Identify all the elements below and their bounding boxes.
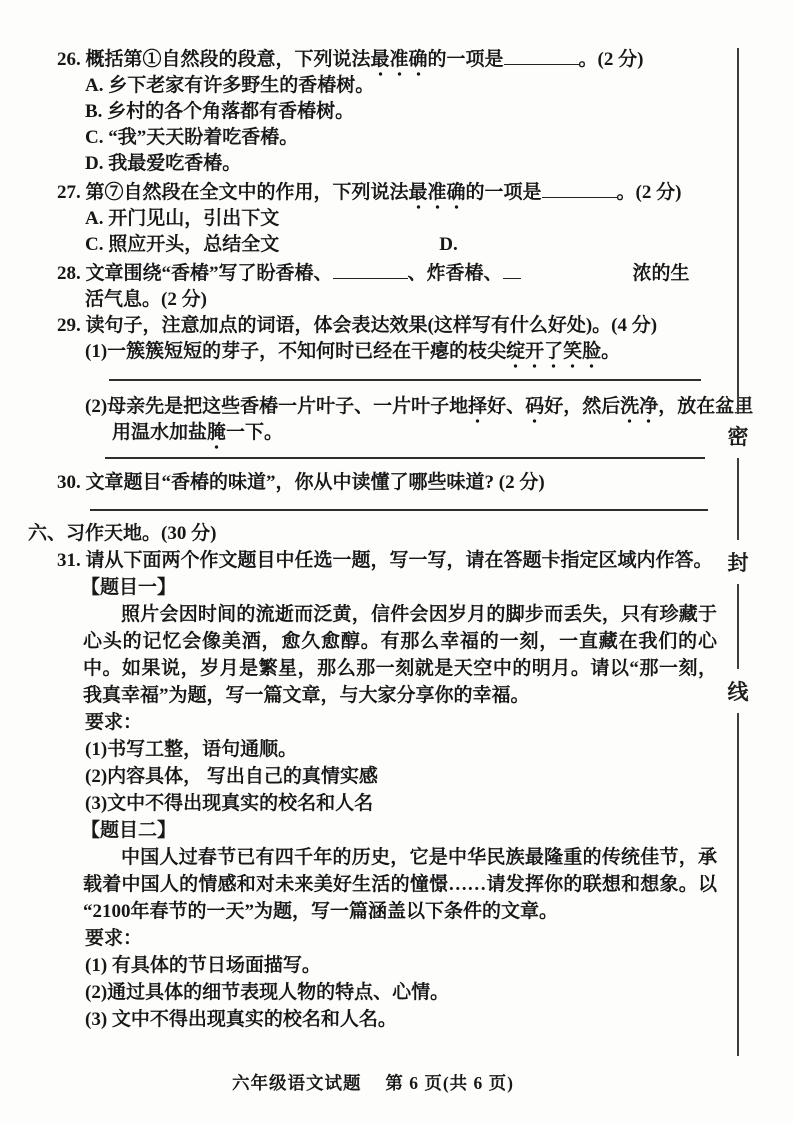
text-run: D. (439, 234, 457, 255)
emphasized-text: 最准确 (409, 182, 466, 209)
text-run: 28. 文章围绕“香椿”写了盼香椿、 (57, 263, 333, 284)
topic-2-requirement-3: (3) 文中不得出现真实的校名和人名。 (85, 1006, 717, 1033)
text-run: (2)母亲先是把这些香椿一片叶子、一片叶子地 (85, 396, 468, 417)
spacer (279, 249, 439, 250)
answer-line (105, 457, 705, 459)
q29-item-1: (1)一簇簇短短的芽子，不知何时已经在干瘪的枝尖绽开了笑脸。 (85, 339, 717, 365)
text-run: 浓的生 (633, 263, 690, 284)
answer-blank (503, 258, 521, 279)
topic-2-paragraph: 中国人过春节已有四千年的历史，它是中华民族最隆重的传统佳节，承载着中国人的情感和… (83, 844, 717, 925)
topic-2-requirements-label: 要求： (85, 925, 717, 952)
spacer (521, 278, 633, 279)
text-run: 。(2 分) (579, 49, 644, 70)
page-footer: 六年级语文试题 第 6 页(共 6 页) (28, 1070, 718, 1095)
text-run: C. “我”天天盼着吃香椿。 (85, 127, 298, 148)
text-run: 好，然后 (544, 396, 620, 417)
text-run: 、炸香椿、 (408, 263, 503, 284)
text-run: 用温水加盐 (112, 422, 207, 443)
answer-blank (333, 258, 408, 279)
text-run: 一下。 (226, 422, 283, 443)
text-run: 。(2 分) (617, 182, 682, 203)
question-26: 26. 概括第①自然段的段意，下列说法最准确的一项是。(2 分) (57, 44, 717, 73)
emphasized-text: 码 (525, 396, 544, 423)
topic-1-paragraph: 照片会因时间的流逝而泛黄，信件会因岁月的脚步而丢失，只有珍藏于心头的记忆会像美酒… (83, 601, 717, 709)
exam-paper-page: 26. 概括第①自然段的段意，下列说法最准确的一项是。(2 分) A. 乡下老家… (0, 0, 794, 1123)
question-30: 30. 文章题目“香椿的味道”，你从中读懂了哪些味道? (2 分) (57, 470, 717, 496)
text-run: 30. 文章题目“香椿的味道”，你从中读懂了哪些味道? (2 分) (57, 472, 545, 493)
essay-section: 六、习作天地。(30 分) 31. 请从下面两个作文题目中任选一题，写一写，请在… (28, 520, 717, 1033)
q26-option-a: A. 乡下老家有许多野生的香椿树。 (85, 73, 717, 99)
q27-option-a: A. 开门见山，引出下文 (85, 206, 717, 232)
text-run: 的一项是 (428, 49, 504, 70)
text-run: D. 我最爱吃香椿。 (85, 153, 241, 174)
text-run: 29. 读句子，注意加点的词语，体会表达效果(这样写有什么好处)。(4 分) (57, 315, 657, 336)
exam-content: 26. 概括第①自然段的段意，下列说法最准确的一项是。(2 分) A. 乡下老家… (0, 44, 794, 1033)
topic-2-header: 【题目二】 (81, 817, 717, 844)
question-28-line-2: 活气息。(2 分) (85, 287, 717, 313)
seal-char-xian: 线 (725, 669, 751, 713)
answer-blank (504, 44, 579, 65)
text-run: C. 照应开头，总结全文 (85, 234, 279, 255)
text-run: 26. 概括第①自然段的段意，下列说法 (57, 49, 371, 70)
question-31: 31. 请从下面两个作文题目中任选一题，写一写，请在答题卡指定区域内作答。 (57, 547, 717, 574)
answer-line (90, 509, 708, 511)
q26-option-c: C. “我”天天盼着吃香椿。 (85, 125, 717, 151)
emphasized-text: 最准确 (371, 49, 428, 76)
emphasized-text: 绽开了笑脸 (506, 341, 601, 368)
emphasized-text: 洗净 (620, 396, 658, 423)
topic-1-requirements-label: 要求： (85, 709, 717, 736)
seal-char-feng: 封 (725, 540, 751, 584)
question-29: 29. 读句子，注意加点的词语，体会表达效果(这样写有什么好处)。(4 分) (57, 313, 717, 339)
q26-option-d: D. 我最爱吃香椿。 (85, 151, 717, 177)
answer-line (109, 379, 701, 381)
q29-item-2-line-2: 用温水加盐腌一下。 (112, 420, 717, 446)
text-run: 好、 (487, 396, 525, 417)
emphasized-text: 腌 (207, 422, 226, 449)
q27-options-c-d: C. 照应开头，总结全文D. (85, 232, 717, 258)
q26-option-b: B. 乡村的各个角落都有香椿树。 (85, 99, 717, 125)
text-run: 的一项是 (466, 182, 542, 203)
text-run: (1)一簇簇短短的芽子，不知何时已经在干瘪的枝尖 (85, 341, 506, 362)
emphasized-text: 择 (468, 396, 487, 423)
topic-1-requirement-2: (2)内容具体， 写出自己的真情实感 (85, 763, 717, 790)
seal-char-mi: 密 (725, 414, 751, 458)
text-run: A. 开门见山，引出下文 (85, 208, 279, 229)
topic-1-header: 【题目一】 (81, 574, 717, 601)
question-27: 27. 第⑦自然段在全文中的作用，下列说法最准确的一项是。(2 分) (57, 177, 717, 206)
text-run: 活气息。(2 分) (85, 289, 207, 310)
text-run: 27. 第⑦自然段在全文中的作用，下列说法 (57, 182, 409, 203)
topic-2-requirement-1: (1) 有具体的节日场面描写。 (85, 952, 717, 979)
topic-1-requirement-1: (1)书写工整，语句通顺。 (85, 736, 717, 763)
answer-blank (542, 177, 617, 198)
topic-2-requirement-2: (2)通过具体的细节表现人物的特点、心情。 (85, 979, 717, 1006)
question-28: 28. 文章围绕“香椿”写了盼香椿、、炸香椿、浓的生 (57, 258, 717, 287)
text-run: A. 乡下老家有许多野生的香椿树。 (85, 75, 374, 96)
section-6-title: 六、习作天地。(30 分) (28, 520, 717, 547)
text-run: 。 (601, 341, 620, 362)
text-run: B. 乡村的各个角落都有香椿树。 (85, 101, 354, 122)
topic-1-requirement-3: (3)文中不得出现真实的校名和人名 (85, 790, 717, 817)
q29-item-2-line-1: (2)母亲先是把这些香椿一片叶子、一片叶子地择好、码好，然后洗净，放在盆里 (85, 394, 717, 420)
